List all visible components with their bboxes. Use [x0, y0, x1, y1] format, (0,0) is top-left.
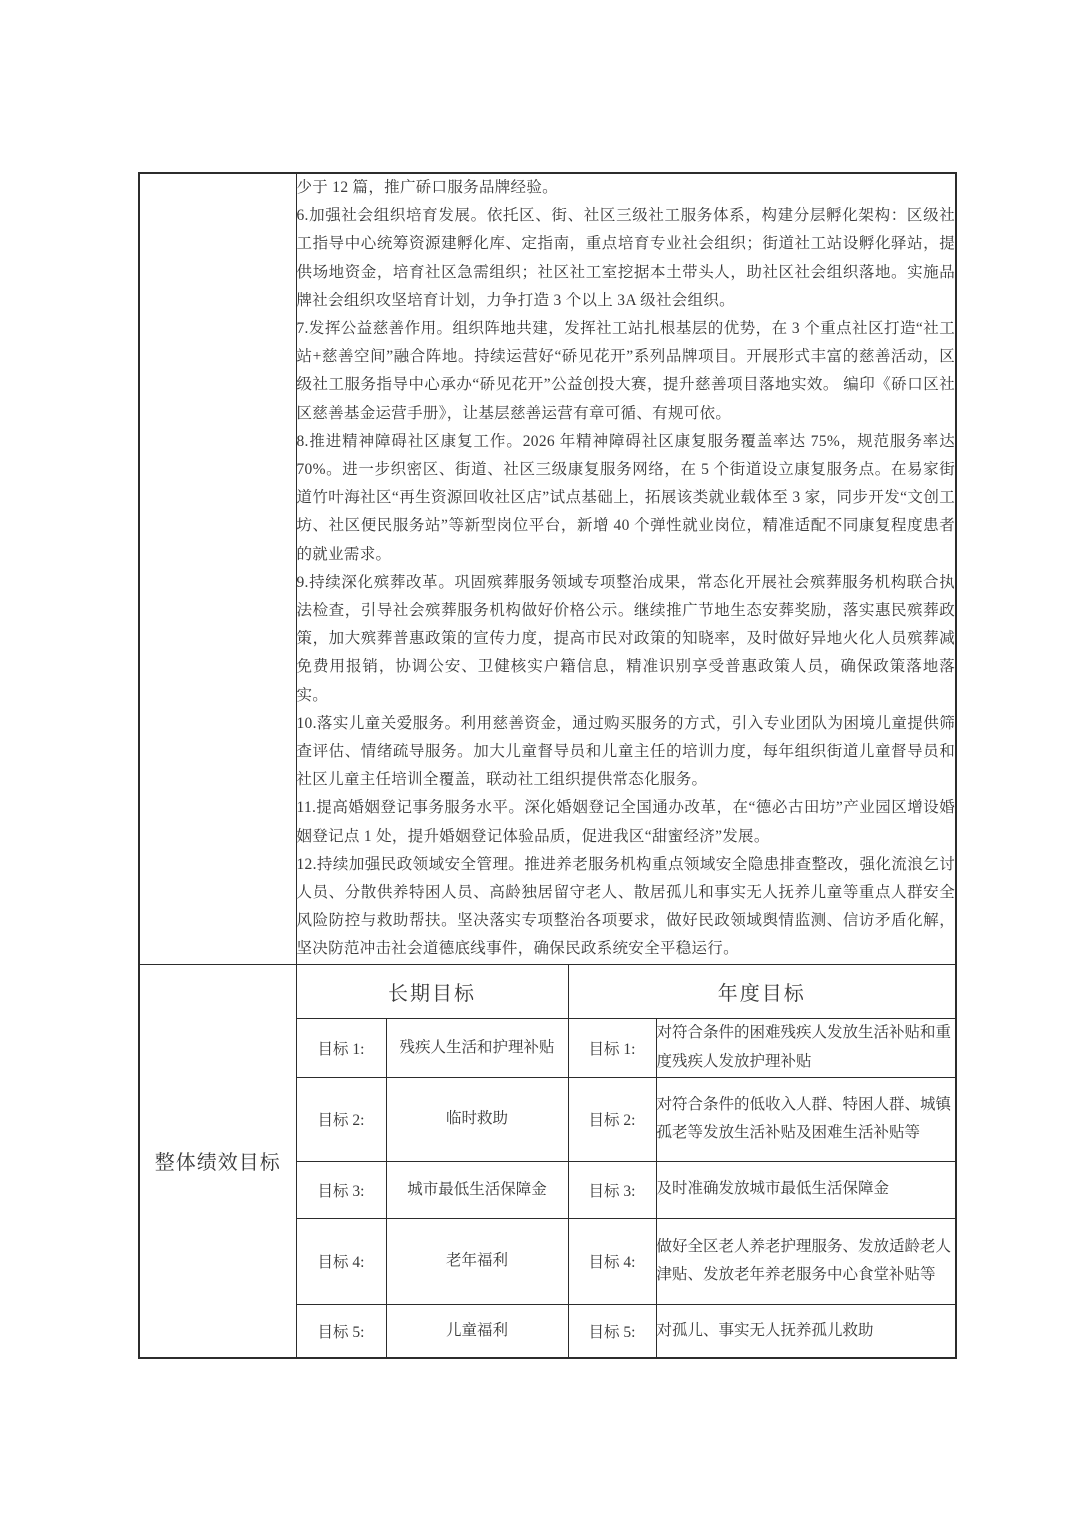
goal-3-annual: 及时准确发放城市最低生活保障金: [656, 1161, 956, 1218]
goal-4-annual-label: 目标 4:: [568, 1218, 656, 1304]
document-page: 少于 12 篇，推广硚口服务品牌经验。 6.加强社会组织培育发展。依托区、街、社…: [0, 0, 1074, 1520]
goal-1-long-term: 残疾人生活和护理补贴: [386, 1018, 568, 1077]
policy-paragraph: 12.持续加强民政领域安全管理。推进养老服务机构重点领域安全隐患排查整改，强化流…: [297, 851, 956, 964]
policy-paragraph: 11.提高婚姻登记事务服务水平。深化婚姻登记全国通办改革，在“德必古田坊”产业园…: [297, 794, 956, 850]
goal-4-label: 目标 4:: [296, 1218, 386, 1304]
goal-1-annual: 对符合条件的困难残疾人发放生活补贴和重度残疾人发放护理补贴: [656, 1018, 956, 1077]
goal-5-label: 目标 5:: [296, 1304, 386, 1358]
policy-paragraph: 7.发挥公益慈善作用。组织阵地共建，发挥社工站扎根基层的优势，在 3 个重点社区…: [297, 315, 956, 428]
goal-5-annual: 对孤儿、事实无人抚养孤儿救助: [656, 1304, 956, 1358]
policy-paragraph: 10.落实儿童关爱服务。利用慈善资金，通过购买服务的方式，引入专业团队为困境儿童…: [297, 710, 956, 795]
policy-paragraph: 6.加强社会组织培育发展。依托区、街、社区三级社工服务体系，构建分层孵化架构：区…: [297, 202, 956, 315]
performance-goals-table: 少于 12 篇，推广硚口服务品牌经验。 6.加强社会组织培育发展。依托区、街、社…: [138, 172, 957, 1359]
annual-goal-header: 年度目标: [568, 964, 956, 1018]
policy-paragraph: 9.持续深化殡葬改革。巩固殡葬服务领域专项整治成果，常态化开展社会殡葬服务机构联…: [297, 569, 956, 710]
goal-3-annual-label: 目标 3:: [568, 1161, 656, 1218]
goal-4-annual: 做好全区老人养老护理服务、发放适龄老人津贴、发放老年养老服务中心食堂补贴等: [656, 1218, 956, 1304]
policy-paragraph: 少于 12 篇，推广硚口服务品牌经验。: [297, 174, 956, 202]
goal-3-label: 目标 3:: [296, 1161, 386, 1218]
goal-4-long-term: 老年福利: [386, 1218, 568, 1304]
empty-label-cell: [139, 173, 296, 964]
goal-5-annual-label: 目标 5:: [568, 1304, 656, 1358]
goal-2-annual-label: 目标 2:: [568, 1077, 656, 1161]
goal-2-long-term: 临时救助: [386, 1077, 568, 1161]
goal-3-long-term: 城市最低生活保障金: [386, 1161, 568, 1218]
goal-1-label: 目标 1:: [296, 1018, 386, 1077]
measures-text-cell: 少于 12 篇，推广硚口服务品牌经验。 6.加强社会组织培育发展。依托区、街、社…: [296, 173, 956, 964]
goal-1-annual-label: 目标 1:: [568, 1018, 656, 1077]
goal-2-label: 目标 2:: [296, 1077, 386, 1161]
goal-2-annual: 对符合条件的低收入人群、特困人群、城镇孤老等发放生活补贴及困难生活补贴等: [656, 1077, 956, 1161]
goal-5-long-term: 儿童福利: [386, 1304, 568, 1358]
overall-performance-goal-label: 整体绩效目标: [139, 964, 296, 1358]
long-term-goal-header: 长期目标: [296, 964, 568, 1018]
policy-paragraph: 8.推进精神障碍社区康复工作。2026 年精神障碍社区康复服务覆盖率达 75%，…: [297, 428, 956, 569]
